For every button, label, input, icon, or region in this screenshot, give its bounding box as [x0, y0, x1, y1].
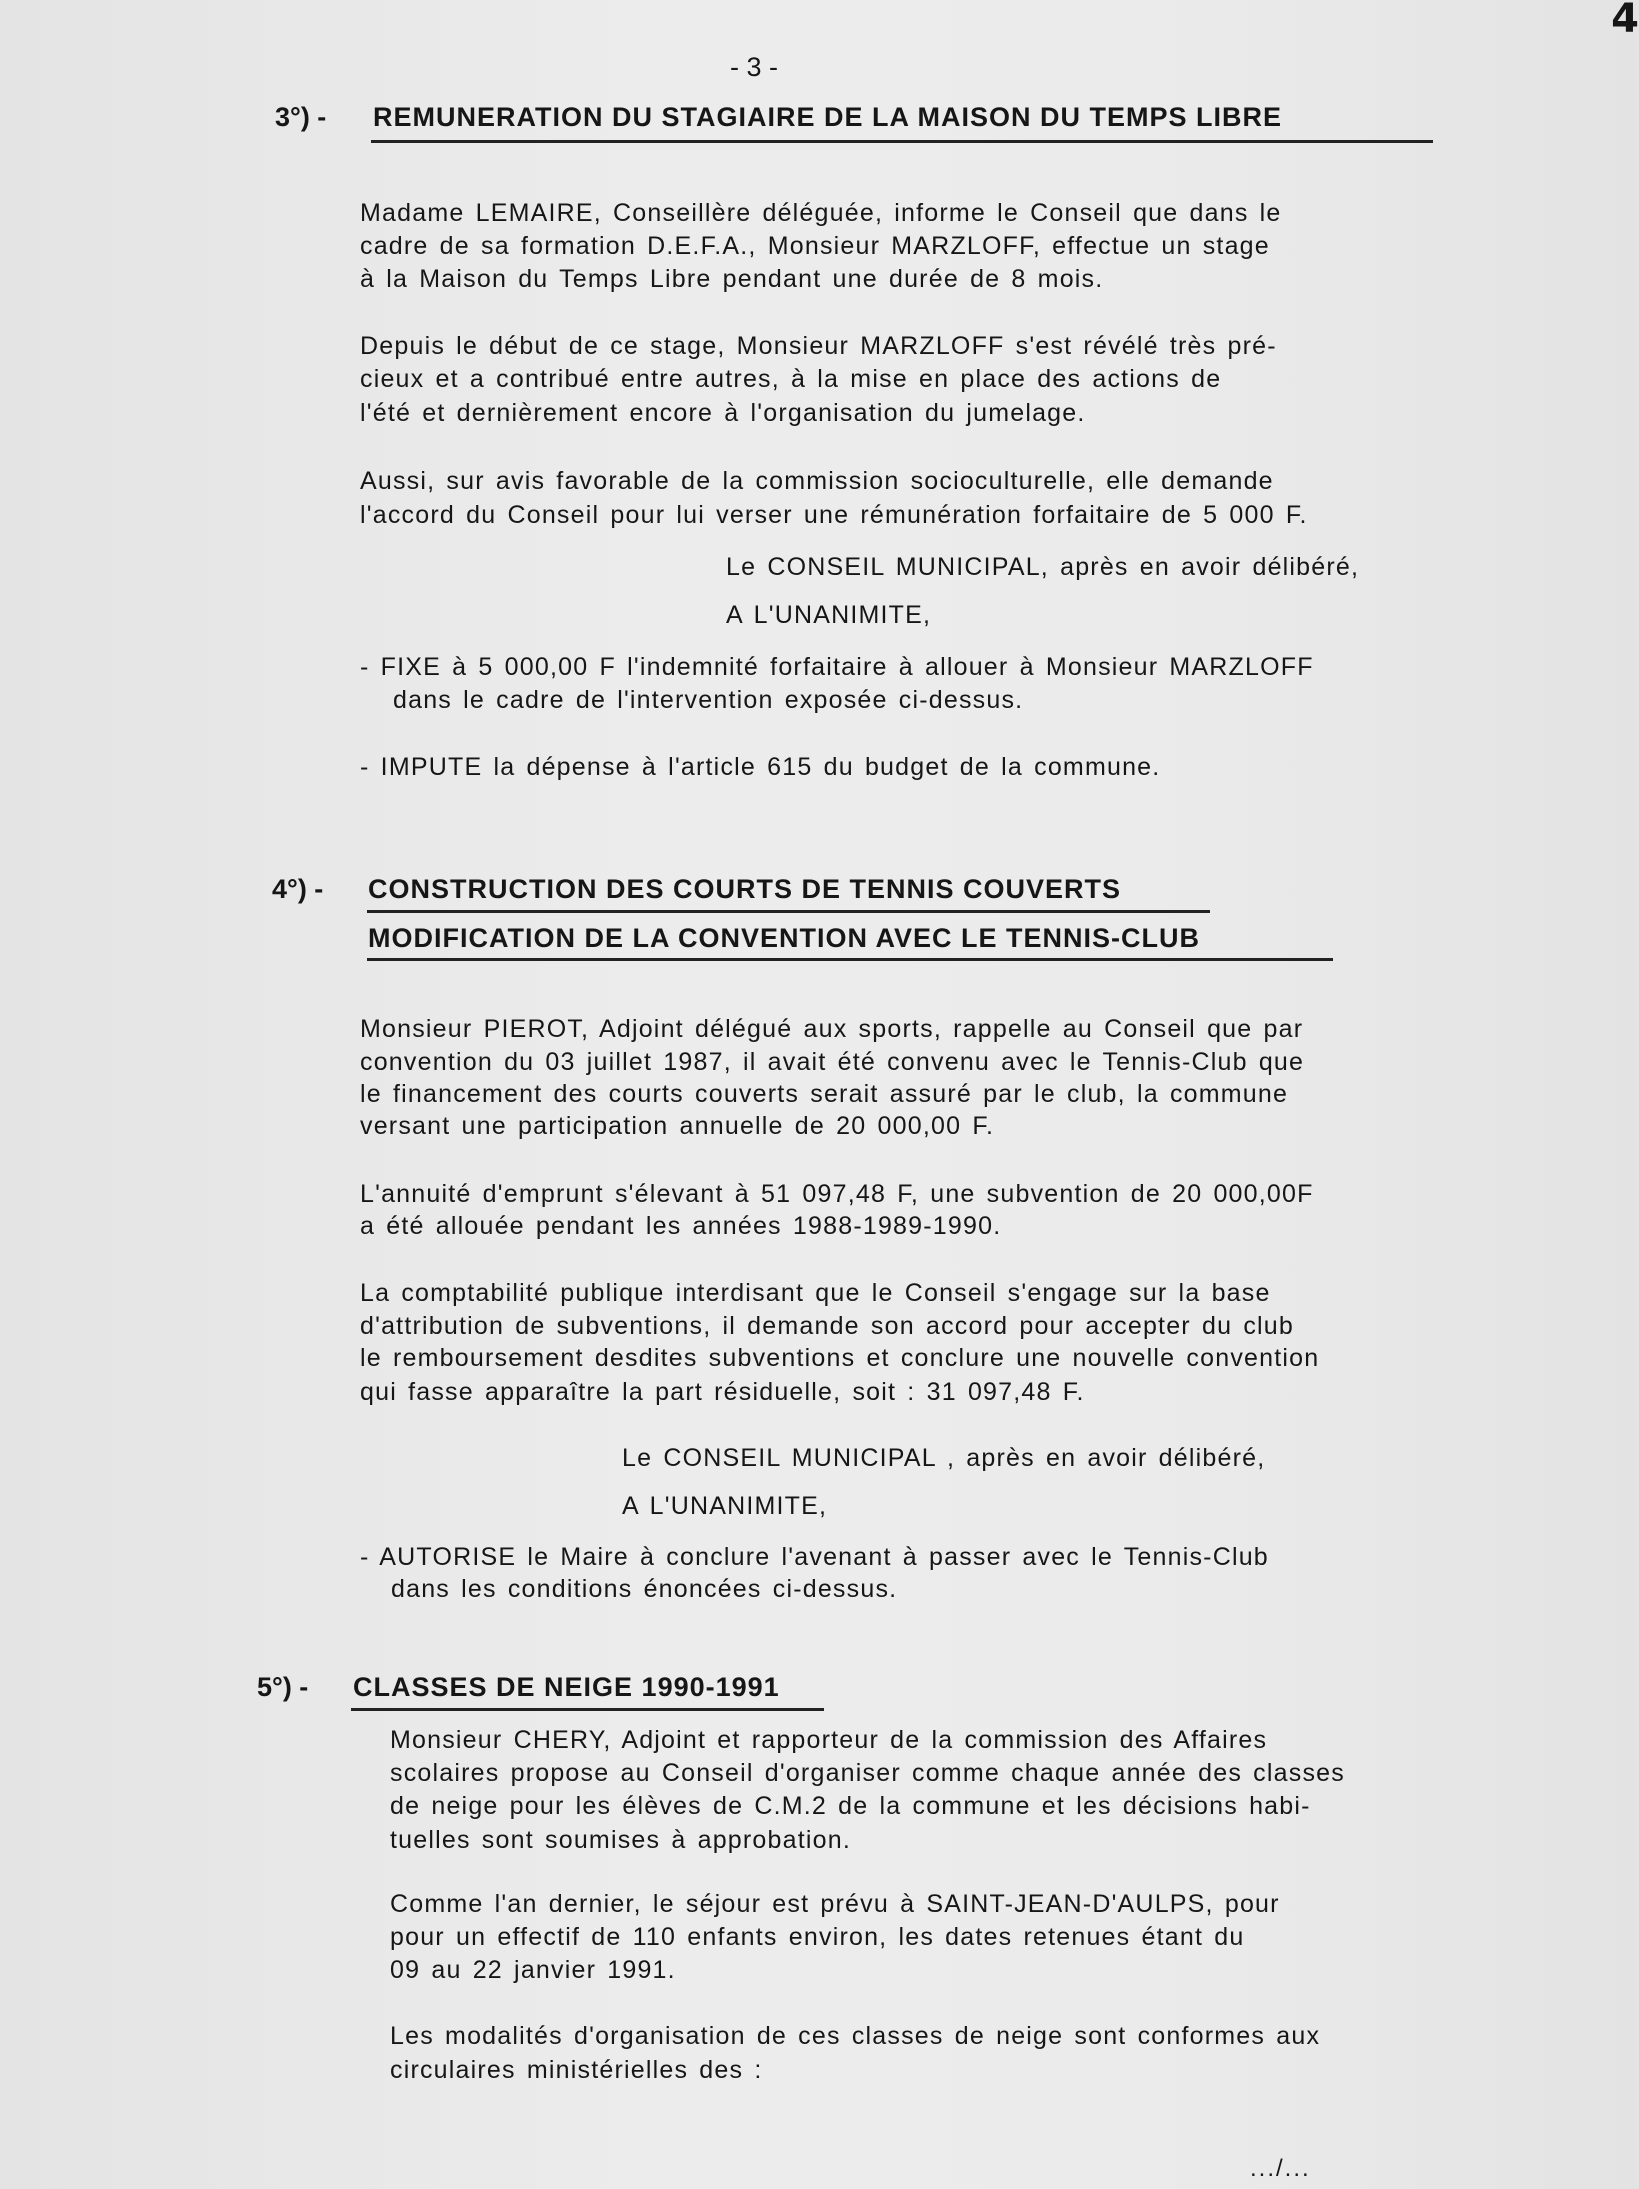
section-number: 5°) -	[257, 1671, 308, 1703]
section-number: 4°) -	[272, 873, 323, 905]
paragraph-line: L'annuité d'emprunt s'élevant à 51 097,4…	[360, 1179, 1314, 1209]
paragraph-line: Comme l'an dernier, le séjour est prévu …	[390, 1889, 1280, 1919]
section-title: CLASSES DE NEIGE 1990-1991	[353, 1671, 780, 1703]
continuation-mark: .../...	[1250, 2155, 1311, 2183]
paragraph-line: Depuis le début de ce stage, Monsieur MA…	[360, 331, 1277, 361]
paragraph-line: l'accord du Conseil pour lui verser une …	[360, 500, 1308, 530]
paragraph-line: d'attribution de subventions, il demande…	[360, 1311, 1294, 1341]
paragraph-line: à la Maison du Temps Libre pendant une d…	[360, 264, 1103, 294]
deliberation-line: Le CONSEIL MUNICIPAL , après en avoir dé…	[622, 1443, 1265, 1473]
paragraph-line: versant une participation annuelle de 20…	[360, 1111, 994, 1141]
paragraph-line: Les modalités d'organisation de ces clas…	[390, 2021, 1320, 2051]
section-title: MODIFICATION DE LA CONVENTION AVEC LE TE…	[368, 922, 1200, 954]
paragraph-line: Monsieur CHERY, Adjoint et rapporteur de…	[390, 1725, 1267, 1755]
deliberation-line: Le CONSEIL MUNICIPAL, après en avoir dél…	[726, 552, 1359, 582]
decision-line: - AUTORISE le Maire à conclure l'avenant…	[360, 1542, 1269, 1572]
decision-line: dans les conditions énoncées ci-dessus.	[391, 1574, 897, 1604]
paragraph-line: le financement des courts couverts serai…	[360, 1079, 1288, 1109]
paragraph-line: La comptabilité publique interdisant que…	[360, 1278, 1271, 1308]
paragraph-line: qui fasse apparaître la part résiduelle,…	[360, 1377, 1085, 1407]
paragraph-line: tuelles sont soumises à approbation.	[390, 1825, 851, 1855]
paragraph-line: pour un effectif de 110 enfants environ,…	[390, 1922, 1244, 1952]
decision-line: - IMPUTE la dépense à l'article 615 du b…	[360, 752, 1160, 782]
paragraph-line: l'été et dernièrement encore à l'organis…	[360, 398, 1086, 428]
paragraph-line: cadre de sa formation D.E.F.A., Monsieur…	[360, 231, 1270, 261]
paragraph-line: de neige pour les élèves de C.M.2 de la …	[390, 1791, 1311, 1821]
title-underline	[371, 140, 1433, 143]
section-title: REMUNERATION DU STAGIAIRE DE LA MAISON D…	[373, 101, 1282, 133]
paragraph-line: scolaires propose au Conseil d'organiser…	[390, 1758, 1345, 1788]
paragraph-line: 09 au 22 janvier 1991.	[390, 1955, 676, 1985]
paragraph-line: le remboursement desdites subventions et…	[360, 1343, 1319, 1373]
document-page: 4 - 3 - 3°) - REMUNERATION DU STAGIAIRE …	[0, 0, 1639, 2189]
paragraph-line: Monsieur PIEROT, Adjoint délégué aux spo…	[360, 1014, 1303, 1044]
title-underline	[367, 910, 1210, 913]
paragraph-line: convention du 03 juillet 1987, il avait …	[360, 1047, 1304, 1077]
paragraph-line: Aussi, sur avis favorable de la commissi…	[360, 466, 1274, 496]
decision-line: - FIXE à 5 000,00 F l'indemnité forfaita…	[360, 652, 1314, 682]
section-number: 3°) -	[275, 101, 326, 133]
paragraph-line: circulaires ministérielles des :	[390, 2055, 763, 2085]
title-underline	[351, 1708, 824, 1711]
unanimity-line: A L'UNANIMITE,	[726, 600, 931, 630]
decision-line: dans le cadre de l'intervention exposée …	[393, 685, 1023, 715]
corner-page-mark: 4	[1611, 0, 1639, 42]
unanimity-line: A L'UNANIMITE,	[622, 1491, 827, 1521]
title-underline	[367, 958, 1333, 961]
section-title: CONSTRUCTION DES COURTS DE TENNIS COUVER…	[368, 873, 1121, 905]
paragraph-line: cieux et a contribué entre autres, à la …	[360, 364, 1221, 394]
paragraph-line: Madame LEMAIRE, Conseillère déléguée, in…	[360, 198, 1282, 228]
page-number: - 3 -	[730, 51, 778, 83]
paragraph-line: a été allouée pendant les années 1988-19…	[360, 1211, 1001, 1241]
